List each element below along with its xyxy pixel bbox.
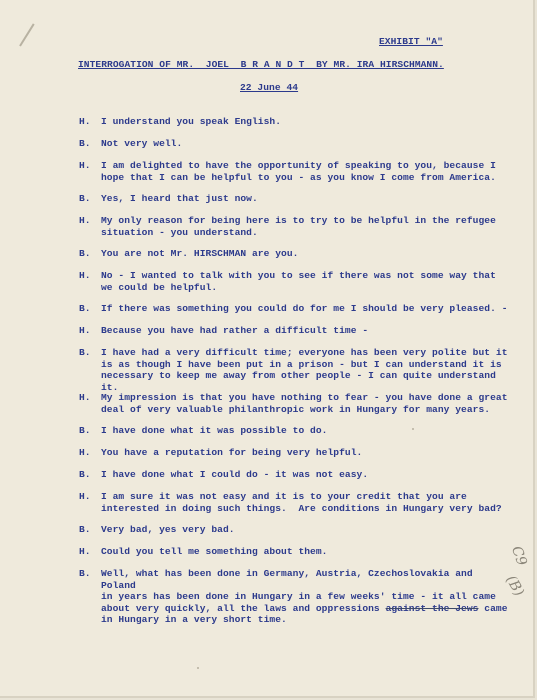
entry-text: Because you have had rather a difficult …: [101, 325, 511, 337]
dialogue-entry: B. I have done what I could do - it was …: [79, 469, 511, 481]
paper-speck: [197, 667, 199, 669]
paper-speck: [412, 428, 414, 430]
document-page: EXHIBIT "A" INTERROGATION OF MR. JOEL B …: [0, 0, 535, 698]
dialogue-entry: B. Yes, I heard that just now.: [79, 193, 511, 205]
dialogue-entry: B. Very bad, yes very bad.: [79, 524, 511, 536]
dialogue-entry: H. I understand you speak English.: [79, 116, 511, 128]
document-date: 22 June 44: [240, 82, 298, 93]
entry-text: My only reason for being here is to try …: [101, 215, 511, 238]
speaker-label: B.: [79, 469, 101, 481]
speaker-label: B.: [79, 303, 101, 315]
dialogue-entry: H. Could you tell me something about the…: [79, 546, 511, 558]
speaker-label: B.: [79, 193, 101, 205]
speaker-label: H.: [79, 546, 101, 558]
entry-text: You are not Mr. HIRSCHMAN are you.: [101, 248, 511, 260]
entry-text: I have had a very difficult time; everyo…: [101, 347, 511, 393]
speaker-label: H.: [79, 270, 101, 293]
exhibit-label: EXHIBIT "A": [379, 36, 443, 47]
dialogue-entry: B. Not very well.: [79, 138, 511, 150]
entry-text: Yes, I heard that just now.: [101, 193, 511, 205]
speaker-label: H.: [79, 215, 101, 238]
entry-text: I have done what it was possible to do.: [101, 425, 511, 437]
dialogue-entry: H. My only reason for being here is to t…: [79, 215, 511, 238]
dialogue-entry: H. No - I wanted to talk with you to see…: [79, 270, 511, 293]
entry-text: I understand you speak English.: [101, 116, 511, 128]
entry-text: No - I wanted to talk with you to see if…: [101, 270, 511, 293]
dialogue-entry: H. I am delighted to have the opportunit…: [79, 160, 511, 183]
speaker-label: H.: [79, 447, 101, 459]
entry-text: My impression is that you have nothing t…: [101, 392, 511, 415]
dialogue-entry: H. You have a reputation for being very …: [79, 447, 511, 459]
speaker-label: B.: [79, 138, 101, 150]
speaker-label: H.: [79, 116, 101, 128]
title-text: INTERROGATION OF MR. JOEL B R A N D T BY…: [78, 59, 444, 70]
entry-text: I am sure it was not easy and it is to y…: [101, 491, 511, 514]
entry-text: Could you tell me something about them.: [101, 546, 511, 558]
dialogue-entry-last: B. Well, what has been done in Germany, …: [79, 568, 511, 626]
speaker-label: H.: [79, 392, 101, 415]
speaker-label: H.: [79, 325, 101, 337]
speaker-label: B.: [79, 524, 101, 536]
speaker-label: H.: [79, 160, 101, 183]
entry-text: I am delighted to have the opportunity o…: [101, 160, 511, 183]
speaker-label: B.: [79, 347, 101, 393]
margin-annotation: C9: [508, 544, 530, 568]
entry-text: Very bad, yes very bad.: [101, 524, 511, 536]
speaker-label: B.: [79, 568, 101, 626]
dialogue-entry: H. I am sure it was not easy and it is t…: [79, 491, 511, 514]
dialogue-entry: B. I have had a very difficult time; eve…: [79, 347, 511, 393]
entry-text: Well, what has been done in Germany, Aus…: [101, 568, 511, 626]
entry-text: You have a reputation for being very hel…: [101, 447, 511, 459]
speaker-label: B.: [79, 425, 101, 437]
entry-text: I have done what I could do - it was not…: [101, 469, 511, 481]
struck-text: against the Jews: [386, 603, 479, 614]
dialogue-entry: B. I have done what it was possible to d…: [79, 425, 511, 437]
dialogue-entry: H. My impression is that you have nothin…: [79, 392, 511, 415]
dialogue-entry: H. Because you have had rather a difficu…: [79, 325, 511, 337]
dialogue-entry: B. If there was something you could do f…: [79, 303, 511, 315]
entry-text: If there was something you could do for …: [101, 303, 511, 315]
speaker-label: H.: [79, 491, 101, 514]
staple-mark: [19, 23, 34, 46]
document-title: INTERROGATION OF MR. JOEL B R A N D T BY…: [78, 59, 444, 70]
speaker-label: B.: [79, 248, 101, 260]
dialogue-entry: B. You are not Mr. HIRSCHMAN are you.: [79, 248, 511, 260]
entry-text: Not very well.: [101, 138, 511, 150]
